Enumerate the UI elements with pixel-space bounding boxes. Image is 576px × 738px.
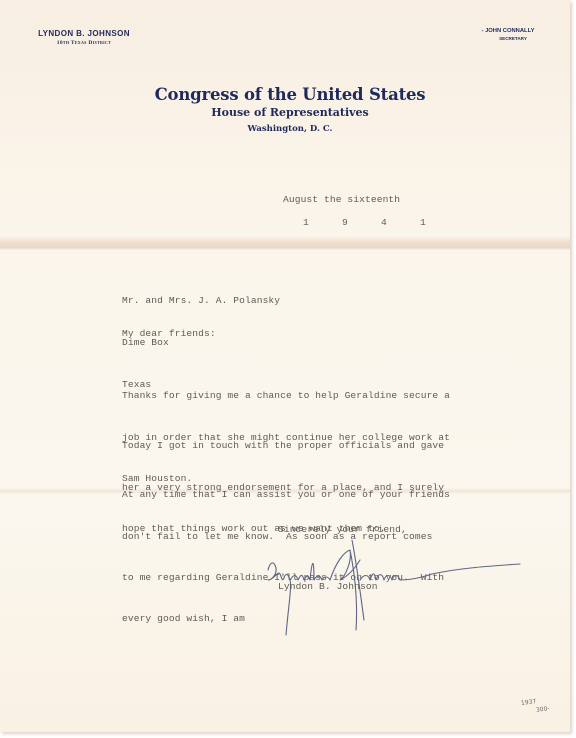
letterhead-title: Congress of the United States [150,85,430,104]
letterhead-house: House of Representatives [150,106,430,119]
body-line: Thanks for giving me a chance to help Ge… [122,389,450,403]
body-line: Today I got in touch with the proper off… [122,439,444,453]
letterhead-sender-district: 10th Texas District [34,40,134,46]
pencil-note: 300- [536,705,550,714]
letter-page: LYNDON B. JOHNSON 10th Texas District - … [0,0,570,732]
pencil-note: 1937 [521,698,537,707]
salutation: My dear friends: [122,328,216,339]
letterhead-city: Washington, D. C. [150,124,430,134]
year-digit: 1 [420,217,459,228]
letterhead-sender-name: LYNDON B. JOHNSON [34,29,134,38]
body-line: At any time that I can assist you or one… [122,488,450,502]
date-year: 1941 [276,206,459,239]
year-digit: 4 [381,217,420,228]
year-digit: 1 [303,217,342,228]
letterhead-secretary-name: - JOHN CONNALLY [468,28,548,34]
letterhead-secretary-title: SECRETARY [478,36,548,41]
typed-signature-name: Lyndon B. Johnson [278,581,378,592]
year-digit: 9 [342,217,381,228]
recipient-name: Mr. and Mrs. J. A. Polansky [122,294,280,308]
closing: Sincerely your friend, [278,524,407,535]
date-line: August the sixteenth [283,194,400,205]
